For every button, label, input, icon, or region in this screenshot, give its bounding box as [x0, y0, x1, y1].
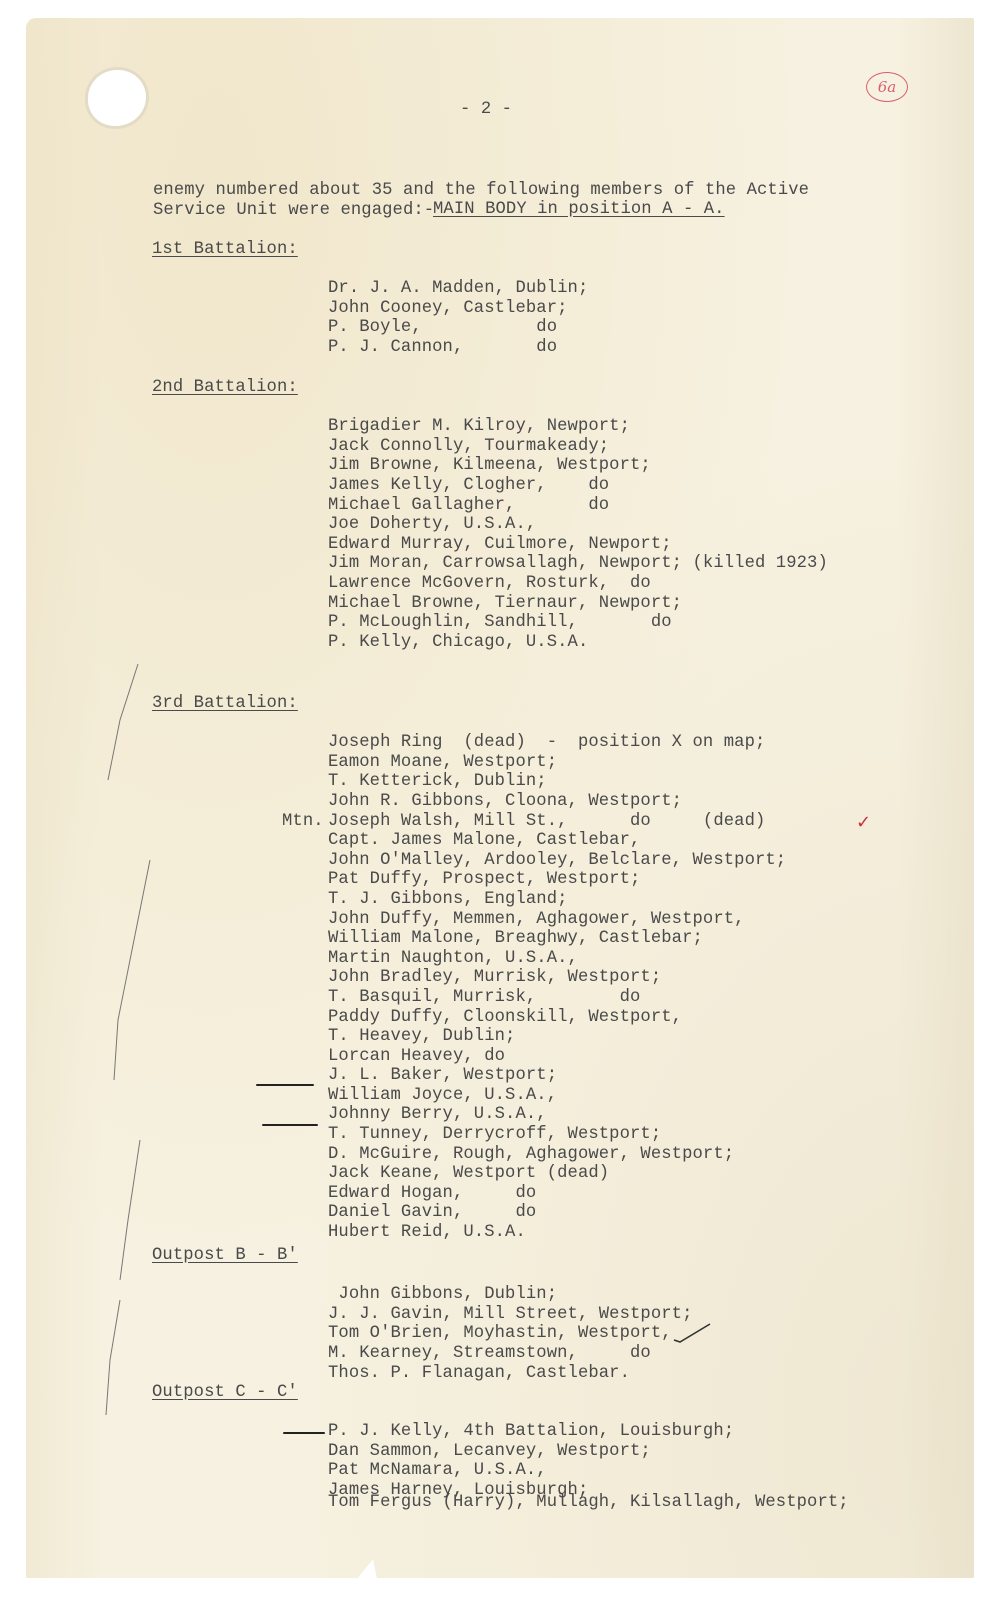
label-2nd-battalion: 2nd Battalion: — [152, 378, 298, 398]
page-number: - 2 - — [460, 100, 512, 120]
list-item: Martin Naughton, U.S.A., — [328, 949, 786, 969]
list-outpost-b: John Gibbons, Dublin;J. J. Gavin, Mill S… — [328, 1246, 693, 1403]
list-item: Joseph Walsh, Mill St., do (dead) — [328, 812, 786, 832]
list-2nd-battalion: Brigadier M. Kilroy, Newport;Jack Connol… — [328, 378, 828, 672]
list-item: John Cooney, Castlebar; — [328, 299, 588, 319]
page-annotation-6a: 6a — [866, 72, 908, 102]
list-item: P. Boyle, do — [328, 318, 588, 338]
list-item: Dan Sammon, Lecanvey, Westport; — [328, 1442, 849, 1462]
mtn-prefix: Mtn. — [282, 812, 324, 832]
list-item: James Kelly, Clogher, do — [328, 476, 828, 496]
list-3rd-battalion: Joseph Ring (dead) - position X on map;E… — [328, 694, 786, 1262]
list-item: Brigadier M. Kilroy, Newport; — [328, 417, 828, 437]
list-item: Dr. J. A. Madden, Dublin; — [328, 279, 588, 299]
list-item: Lawrence McGovern, Rosturk, do — [328, 574, 828, 594]
list-item: J. L. Baker, Westport; — [328, 1066, 786, 1086]
list-item: Tom Fergus (Harry), Mullagh, Kilsallagh,… — [328, 1493, 849, 1513]
list-item: D. McGuire, Rough, Aghagower, Westport; — [328, 1145, 786, 1165]
list-item: T. Tunney, Derrycroff, Westport; — [328, 1125, 786, 1145]
pen-dash-mark — [283, 1432, 325, 1434]
list-item: James Harney, Louisburgh; — [328, 1481, 849, 1493]
list-item: T. Basquil, Murrisk, do — [328, 988, 786, 1008]
list-item: Eamon Moane, Westport; — [328, 753, 786, 773]
list-item: M. Kearney, Streamstown, do — [328, 1344, 693, 1364]
list-item: Johnny Berry, U.S.A., — [328, 1105, 786, 1125]
list-item: T. Ketterick, Dublin; — [328, 772, 786, 792]
intro-line: enemy numbered about 35 and the followin… — [153, 181, 809, 201]
list-item: John Duffy, Memmen, Aghagower, Westport, — [328, 910, 786, 930]
label-outpost-c: Outpost C - C' — [152, 1383, 298, 1403]
list-item: Joseph Ring (dead) - position X on map; — [328, 733, 786, 753]
pen-dash-mark — [256, 1084, 314, 1086]
list-item: Joe Doherty, U.S.A., — [328, 515, 828, 535]
list-1st-battalion: Dr. J. A. Madden, Dublin;John Cooney, Ca… — [328, 240, 588, 377]
list-item: John Bradley, Murrisk, Westport; — [328, 968, 786, 988]
list-item: J. J. Gavin, Mill Street, Westport; — [328, 1305, 693, 1325]
pen-check-mark-icon — [672, 1322, 712, 1344]
list-item: Paddy Duffy, Cloonskill, Westport, — [328, 1008, 786, 1028]
list-item: Jim Moran, Carrowsallagh, Newport; (kill… — [328, 554, 828, 574]
list-item: Daniel Gavin, do — [328, 1203, 786, 1223]
list-item: John O'Malley, Ardooley, Belclare, Westp… — [328, 851, 786, 871]
label-1st-battalion: 1st Battalion: — [152, 240, 298, 260]
list-item: John Gibbons, Dublin; — [328, 1285, 693, 1305]
list-item: Jack Connolly, Tourmakeady; — [328, 437, 828, 457]
list-item: Thos. P. Flanagan, Castlebar. — [328, 1364, 693, 1384]
intro-paragraph: enemy numbered about 35 and the followin… — [153, 142, 809, 240]
list-item: Capt. James Malone, Castlebar, — [328, 831, 786, 851]
list-item: William Malone, Breaghwy, Castlebar; — [328, 929, 786, 949]
section-heading: MAIN BODY in position A - A. — [433, 200, 725, 220]
list-item: Jim Browne, Kilmeena, Westport; — [328, 456, 828, 476]
list-item: Edward Murray, Cuilmore, Newport; — [328, 535, 828, 555]
pencil-margin-line — [50, 660, 160, 1420]
list-item: T. Heavey, Dublin; — [328, 1027, 786, 1047]
list-item: P. Kelly, Chicago, U.S.A. — [328, 633, 828, 653]
label-outpost-b: Outpost B - B' — [152, 1246, 298, 1266]
list-item: Michael Browne, Tiernaur, Newport; — [328, 594, 828, 614]
list-item: Michael Gallagher, do — [328, 496, 828, 516]
label-3rd-battalion: 3rd Battalion: — [152, 694, 298, 714]
list-outpost-c: P. J. Kelly, 4th Battalion, Louisburgh;D… — [328, 1383, 849, 1532]
list-item: Pat Duffy, Prospect, Westport; — [328, 870, 786, 890]
list-item: John R. Gibbons, Cloona, Westport; — [328, 792, 786, 812]
pen-dash-mark — [262, 1124, 318, 1126]
red-check-mark-icon: ✓ — [856, 812, 871, 833]
list-item: Edward Hogan, do — [328, 1184, 786, 1204]
list-item: Lorcan Heavey, do — [328, 1047, 786, 1067]
list-item: Jack Keane, Westport (dead) — [328, 1164, 786, 1184]
list-item: T. J. Gibbons, England; — [328, 890, 786, 910]
list-item: P. J. Kelly, 4th Battalion, Louisburgh; — [328, 1422, 849, 1442]
list-item: Hubert Reid, U.S.A. — [328, 1223, 786, 1243]
list-item: P. McLoughlin, Sandhill, do — [328, 613, 828, 633]
list-item: William Joyce, U.S.A., — [328, 1086, 786, 1106]
list-item: P. J. Cannon, do — [328, 338, 588, 358]
list-item: Tom O'Brien, Moyhastin, Westport, — [328, 1324, 693, 1344]
list-item: Pat McNamara, U.S.A., — [328, 1461, 849, 1481]
